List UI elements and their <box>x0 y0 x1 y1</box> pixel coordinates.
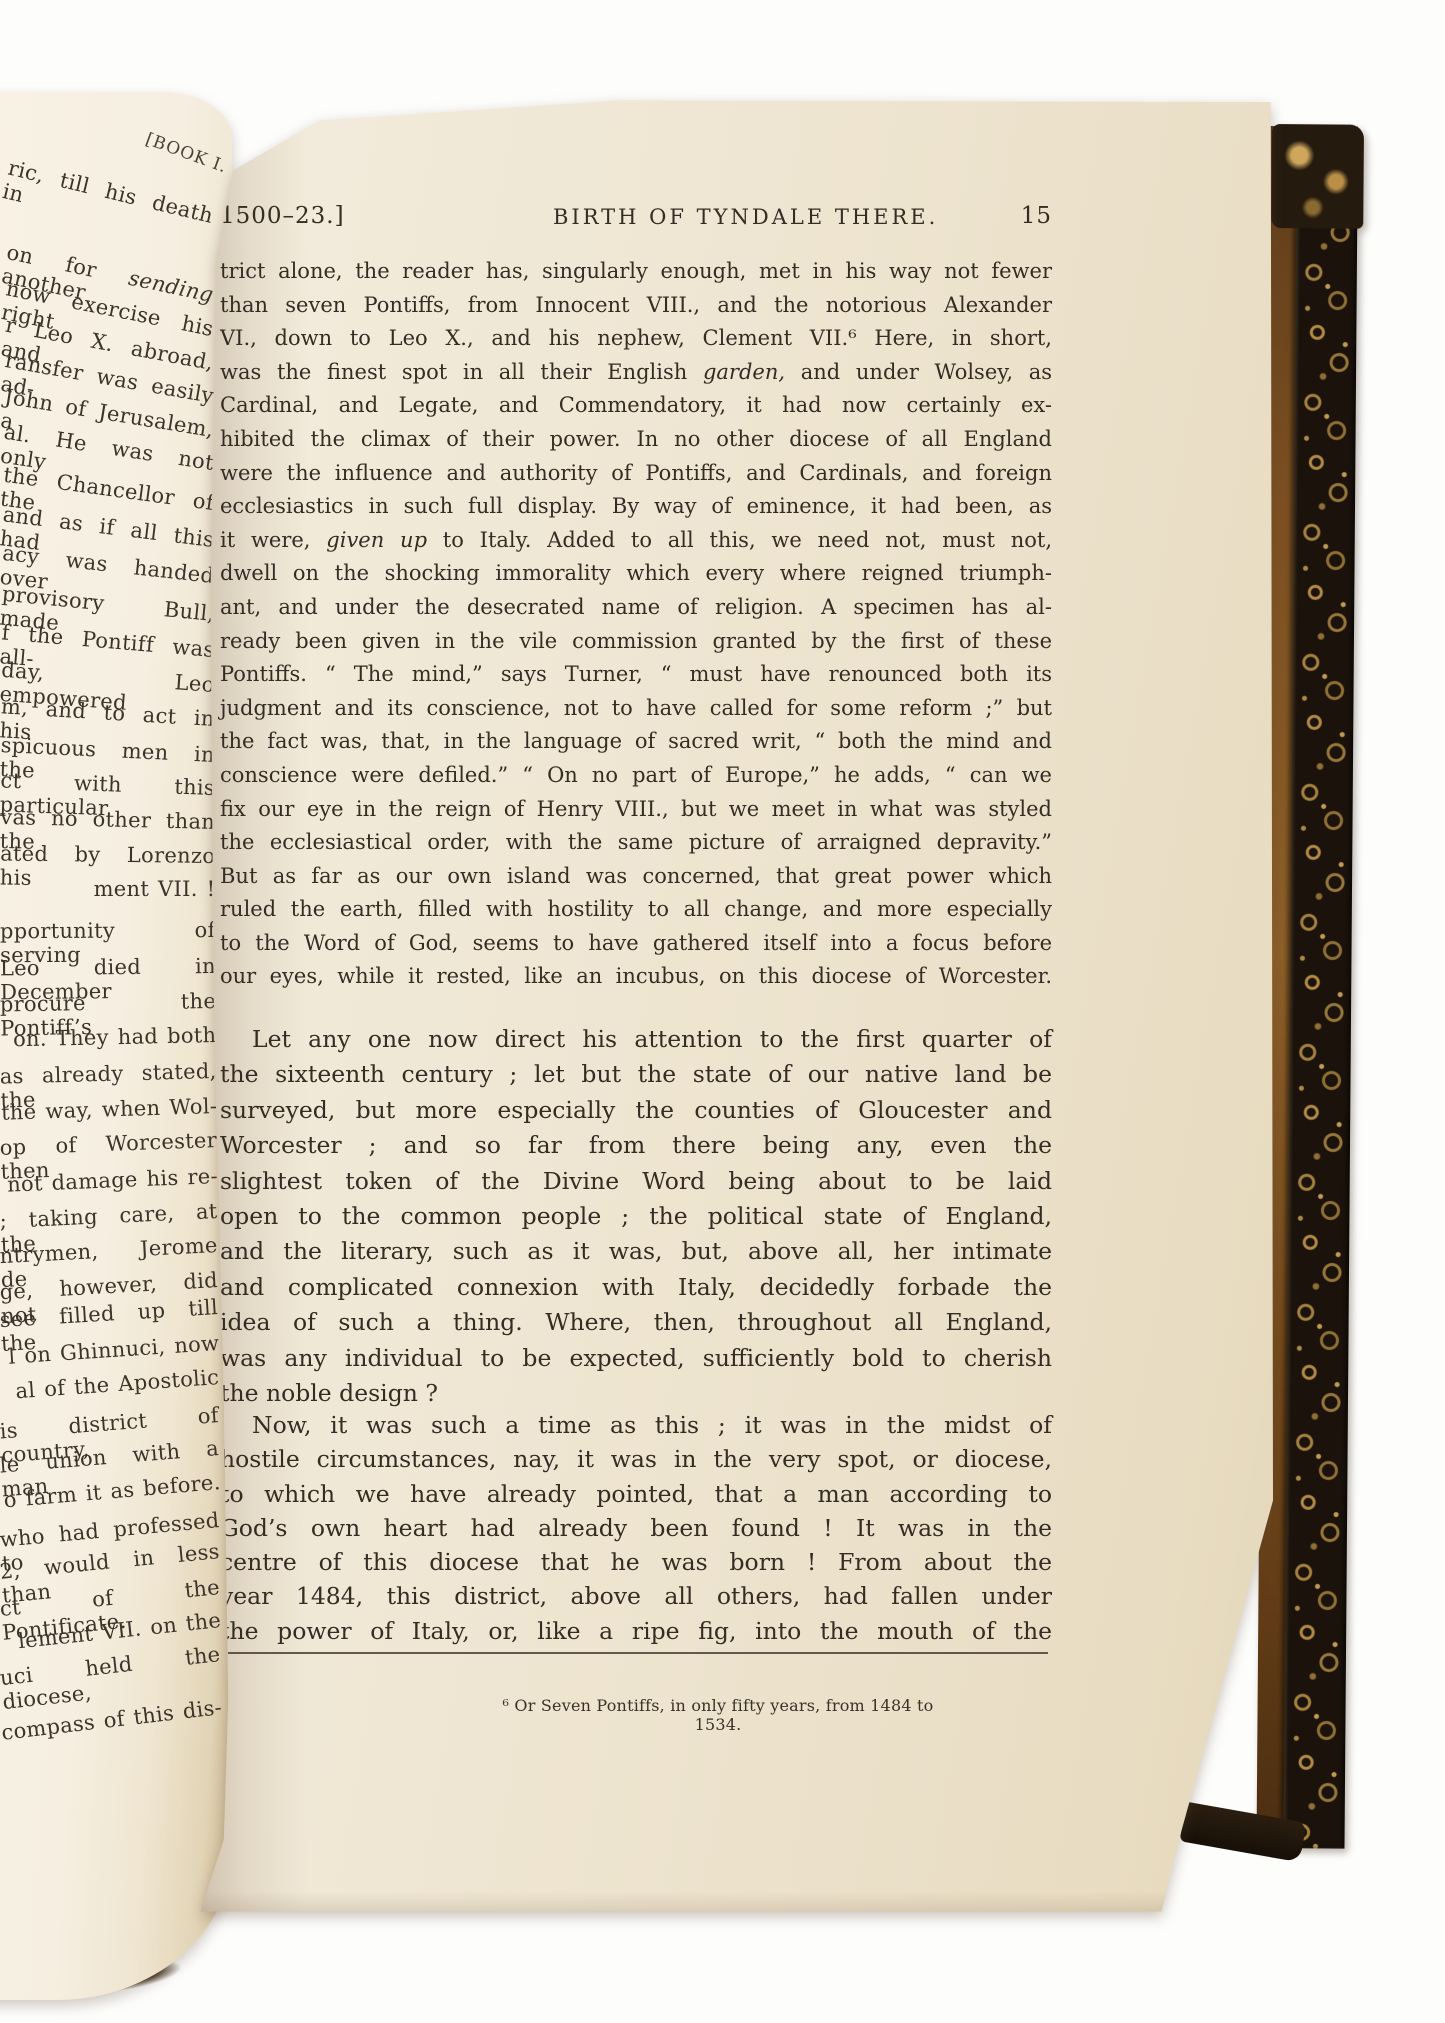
text-line: ant, and under the desecrated name of re… <box>220 591 1052 625</box>
text-line: God’s own heart had already been found !… <box>220 1511 1052 1545</box>
text-line: Worcester ; and so far from there being … <box>220 1128 1052 1163</box>
text-line: ready been given in the vile commission … <box>220 625 1052 659</box>
text-line: surveyed, but more especially the counti… <box>220 1093 1052 1128</box>
text-line: the fact was, that, in the language of s… <box>220 725 1052 759</box>
text-line: ruled the earth, filled with hostility t… <box>220 893 1052 927</box>
text-line: year 1484, this district, above all othe… <box>220 1579 1052 1613</box>
text-line: ecclesiastics in such full display. By w… <box>220 490 1052 524</box>
text-line: the sixteenth century ; let but the stat… <box>220 1057 1052 1092</box>
open-book-photo: [BOOK I. ric, till his death inon for se… <box>0 0 1445 2023</box>
text-line: judgment and its conscience, not to have… <box>220 692 1052 726</box>
text-line: trict alone, the reader has, singularly … <box>220 255 1052 289</box>
footnote-rule <box>228 1652 1048 1654</box>
text-line: the power of Italy, or, like a ripe fig,… <box>220 1614 1052 1648</box>
text-line: hibited the climax of their power. In no… <box>220 423 1052 457</box>
footnote: ⁶ Or Seven Pontiffs, in only fifty years… <box>488 1696 948 1734</box>
paragraph-3: Now, it was such a time as this ; it was… <box>220 1408 1052 1648</box>
text-line: the ecclesiastical order, with the same … <box>220 826 1052 860</box>
paragraph-1: trict alone, the reader has, singularly … <box>220 255 1052 994</box>
binding-gold-tooling <box>1283 126 1358 1848</box>
text-line: and complicated connexion with Italy, de… <box>220 1270 1052 1305</box>
right-page: 1500–23.] BIRTH OF TYNDALE THERE. 15 tri… <box>158 82 1273 1917</box>
text-line: VI., down to Leo X., and his nephew, Cle… <box>220 322 1052 356</box>
binding-top-gold-cap <box>1271 124 1364 229</box>
text-line: was any individual to be expected, suffi… <box>220 1341 1052 1376</box>
text-line: conscience were defiled.” “ On no part o… <box>220 759 1052 793</box>
text-line: fix our eye in the reign of Henry VIII.,… <box>220 793 1052 827</box>
text-line: Pontiffs. “ The mind,” says Turner, “ mu… <box>220 658 1052 692</box>
running-head-title: BIRTH OF TYNDALE THERE. <box>553 205 938 229</box>
text-line: slightest token of the Divine Word being… <box>220 1164 1052 1199</box>
text-line: than seven Pontiffs, from Innocent VIII.… <box>220 289 1052 323</box>
text-line: our eyes, while it rested, like an incub… <box>220 960 1052 994</box>
paragraph-2: Let any one now direct his attention to … <box>220 1022 1052 1411</box>
running-head-date-range: 1500–23.] <box>220 203 345 229</box>
left-page-text-fragment: ment VII. ! <box>94 877 216 901</box>
text-line: and the literary, such as it was, but, a… <box>220 1234 1052 1269</box>
text-line: was the finest spot in all their English… <box>220 356 1052 390</box>
text-line: hostile circumstances, nay, it was in th… <box>220 1442 1052 1476</box>
text-line: Cardinal, and Legate, and Commendatory, … <box>220 389 1052 423</box>
text-line: But as far as our own island was concern… <box>220 860 1052 894</box>
text-line: to the Word of God, seems to have gather… <box>220 927 1052 961</box>
text-line: idea of such a thing. Where, then, throu… <box>220 1305 1052 1340</box>
text-line: Now, it was such a time as this ; it was… <box>220 1408 1052 1442</box>
text-line: open to the common people ; the politica… <box>220 1199 1052 1234</box>
text-line: the noble design ? <box>220 1376 1052 1411</box>
text-line: Let any one now direct his attention to … <box>220 1022 1052 1057</box>
text-line: were the influence and authority of Pont… <box>220 457 1052 491</box>
text-line: dwell on the shocking immorality which e… <box>220 557 1052 591</box>
left-page-text-fragment: on. They had both <box>13 1023 217 1051</box>
text-line: centre of this diocese that he was born … <box>220 1545 1052 1579</box>
text-line: to which we have already pointed, that a… <box>220 1477 1052 1511</box>
text-line: it were, given up to Italy. Added to all… <box>220 524 1052 558</box>
running-head: 1500–23.] BIRTH OF TYNDALE THERE. 15 <box>220 203 1052 235</box>
page-number: 15 <box>1021 203 1052 229</box>
